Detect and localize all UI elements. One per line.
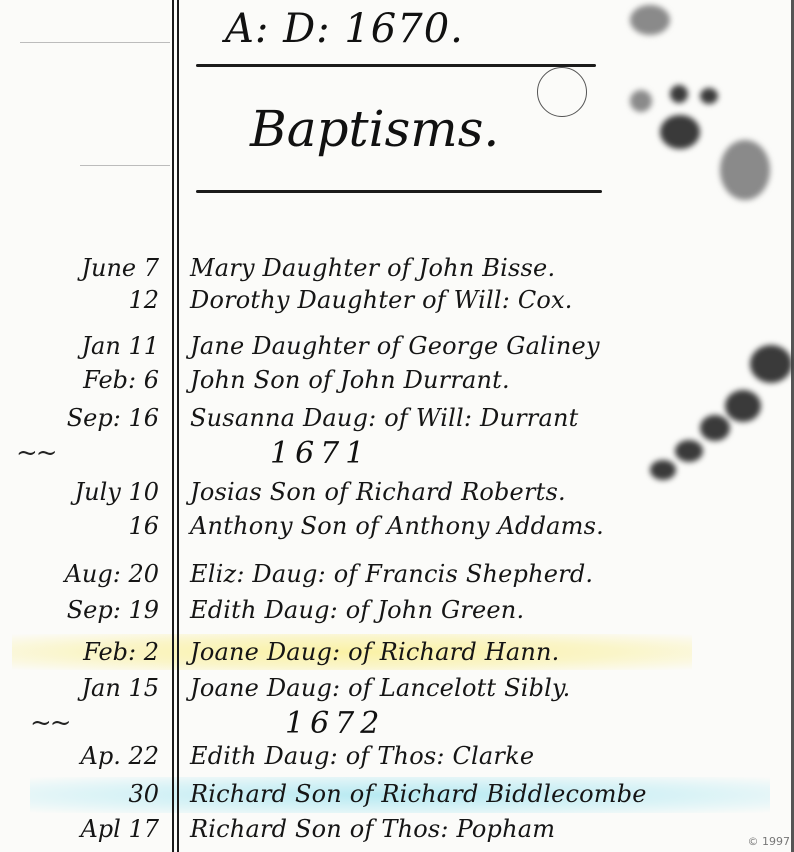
separator-mark: ~~ [16,438,56,468]
entry-row: June 7 Mary Daughter of John Bisse. [0,254,794,284]
entry-text: Joane Daug: of Richard Hann. [190,638,560,666]
entry-row: 16 Anthony Son of Anthony Addams. [0,512,794,542]
entry-text: Jane Daughter of George Galiney [190,332,600,360]
faint-rule [20,42,170,43]
year-marker-1671: 1671 [270,436,370,471]
heading-rule-top [196,64,596,67]
heading-title: Baptisms. [250,100,499,158]
entry-date: Jan 15 [81,674,159,702]
entry-text: Dorothy Daughter of Will: Cox. [190,286,573,314]
entry-row: Feb: 6 John Son of John Durrant. [0,366,794,396]
entry-text: Richard Son of Richard Biddlecombe [190,780,647,808]
entry-text: Eliz: Daug: of Francis Shepherd. [190,560,593,588]
entry-text: John Son of John Durrant. [190,366,510,394]
ink-stain [720,140,770,200]
ink-stain [670,85,688,103]
circle-mark [537,67,587,117]
entry-date: Aug: 20 [65,560,159,588]
entry-text: Susanna Daug: of Will: Durrant [190,404,578,432]
entry-date: Sep: 19 [67,596,159,624]
entry-row-highlighted: Feb: 2 Joane Daug: of Richard Hann. [0,638,794,668]
entry-row: Aug: 20 Eliz: Daug: of Francis Shepherd. [0,560,794,590]
entry-text: Mary Daughter of John Bisse. [190,254,555,282]
entry-date: Ap. 22 [81,742,160,770]
separator-mark: ~~ [30,708,70,738]
entry-row: Ap. 22 Edith Daug: of Thos: Clarke [0,742,794,772]
entry-row: Sep: 19 Edith Daug: of John Green. [0,596,794,626]
ink-stain [630,5,670,35]
entry-row: Jan 15 Joane Daug: of Lancelott Sibly. [0,674,794,704]
entry-row: 12 Dorothy Daughter of Will: Cox. [0,286,794,316]
entry-date: 30 [128,780,159,808]
entry-text: Joane Daug: of Lancelott Sibly. [190,674,570,702]
ink-stain [660,115,700,149]
entry-text: Anthony Son of Anthony Addams. [190,512,604,540]
entry-date: July 10 [75,478,159,506]
entry-date: 16 [128,512,159,540]
entry-text: Edith Daug: of John Green. [190,596,524,624]
entry-text: Edith Daug: of Thos: Clarke [190,742,534,770]
entry-row: July 10 Josias Son of Richard Roberts. [0,478,794,508]
entry-date: Sep: 16 [67,404,159,432]
ink-stain [630,90,652,112]
entry-row: Apl 17 Richard Son of Thos: Popham [0,815,794,845]
entry-date: 12 [128,286,159,314]
entry-date: Apl 17 [80,815,159,843]
ink-stain [675,440,703,462]
copyright-notice: © 1997 [748,835,791,848]
entry-date: Feb: 6 [83,366,159,394]
ink-stain [700,88,718,104]
entry-date: Feb: 2 [83,638,159,666]
faint-rule [80,165,170,166]
entry-row: Sep: 16 Susanna Daug: of Will: Durrant [0,404,794,434]
entry-row-highlighted: 30 Richard Son of Richard Biddlecombe [0,780,794,810]
ink-stain [650,460,676,480]
entry-text: Josias Son of Richard Roberts. [190,478,566,506]
entry-date: June 7 [81,254,159,282]
heading-year: A: D: 1670. [225,6,464,52]
entry-row: Jan 11 Jane Daughter of George Galiney [0,332,794,362]
heading-rule-bottom [196,190,602,193]
register-page: A: D: 1670. Baptisms. June 7 Mary Daught… [0,0,794,852]
entry-text: Richard Son of Thos: Popham [190,815,555,843]
entry-date: Jan 11 [81,332,159,360]
year-marker-1672: 1672 [285,706,385,741]
